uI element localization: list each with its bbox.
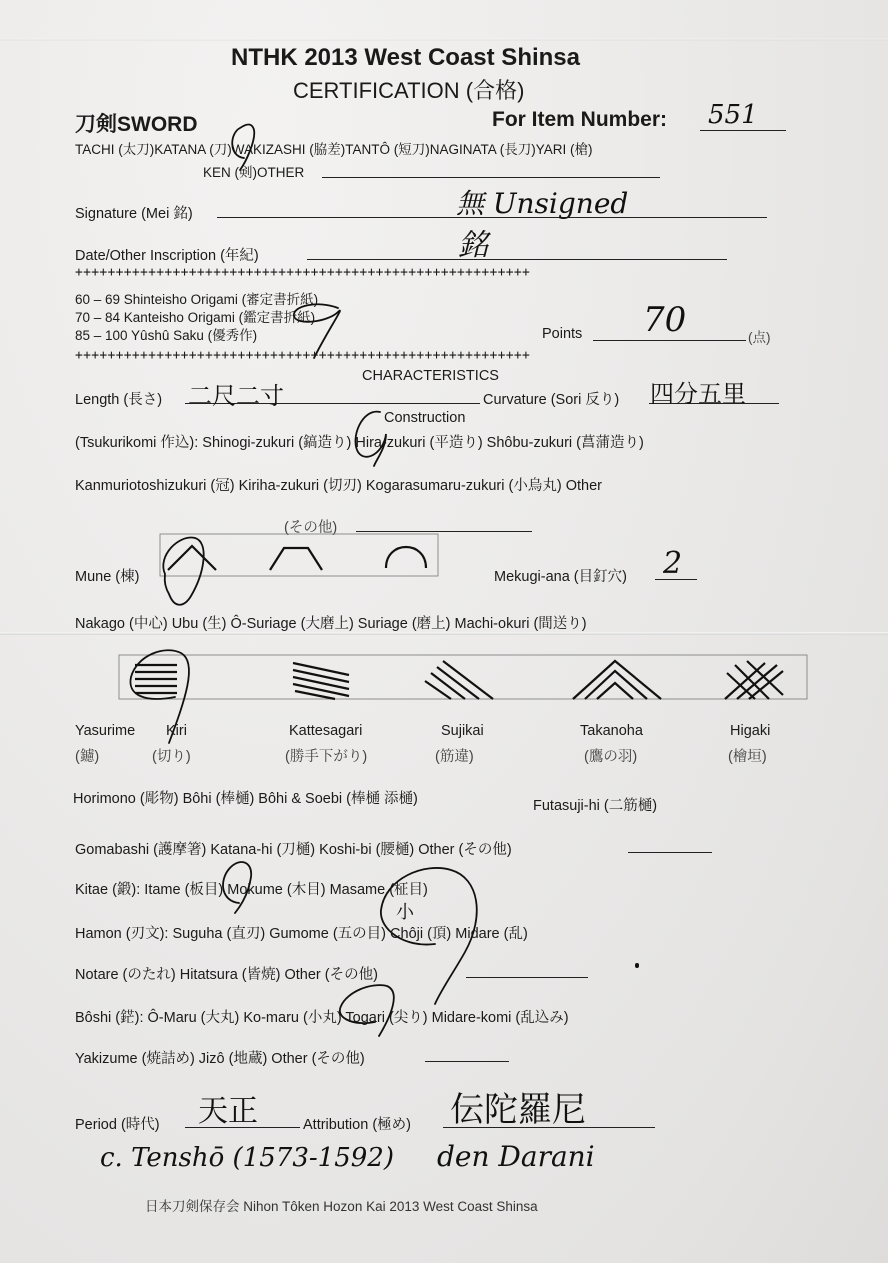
grade-yushu: 85 – 100 Yûshû Saku (優秀作) — [75, 324, 257, 344]
points-value[interactable]: 70 — [643, 300, 686, 340]
yasurime-diagrams — [115, 655, 815, 705]
points-line — [593, 340, 746, 341]
yasurime-sujikai-icon — [425, 661, 493, 699]
mune-mitsu-icon — [270, 548, 322, 570]
grade-shinteisho: 60 – 69 Shinteisho Origami (審定書折紙) — [75, 288, 318, 308]
signature-value[interactable]: 無 Unsigned — [456, 182, 628, 222]
circle-mark-katana — [224, 118, 274, 168]
grade-kanteisho: 70 – 84 Kanteisho Origami (鑑定書折紙) — [75, 306, 315, 326]
divider-plus-row: ++++++++++++++++++++++++++++++++++++++++… — [75, 265, 530, 280]
signature-label: Signature (Mei 銘) — [75, 202, 193, 223]
yasurime-sujikai-jp: (筋違) — [435, 745, 474, 766]
futasuji-option: Futasuji-hi (二筋樋) — [533, 794, 657, 815]
inscription-value[interactable]: 銘 — [458, 220, 488, 264]
length-value[interactable]: 二尺二寸 — [188, 376, 284, 411]
yakizume-options: Yakizume (焼詰め) Jizô (地蔵) Other (その他) — [75, 1047, 365, 1068]
mekugi-label: Mekugi-ana (目釘穴) — [494, 565, 627, 586]
attribution-value[interactable]: 伝陀羅尼 — [450, 1082, 586, 1131]
curvature-label: Curvature (Sori 反り) — [483, 388, 619, 409]
kanmuri-options: Kanmuriotoshizukuri (冠) Kiriha-zukuri (切… — [75, 474, 602, 495]
mune-label: Mune (棟) — [75, 565, 139, 586]
circle-mark-komaru — [335, 980, 405, 1040]
gomabashi-options: Gomabashi (護摩箸) Katana-hi (刀樋) Koshi-bi … — [75, 838, 512, 859]
footer-text: 日本刀剣保存会 Nihon Tôken Hozon Kai 2013 West … — [145, 1195, 538, 1215]
paper-crease — [0, 38, 888, 41]
length-label: Length (長さ) — [75, 388, 162, 409]
attribution-label: Attribution (極め) — [303, 1113, 411, 1134]
page-title: NTHK 2013 West Coast Shinsa — [231, 44, 580, 72]
yasurime-takanoha[interactable]: Takanoha — [580, 723, 643, 739]
curvature-value[interactable]: 四分五里 — [650, 374, 746, 409]
divider-plus-row: ++++++++++++++++++++++++++++++++++++++++… — [75, 348, 530, 363]
ink-dot — [635, 963, 639, 968]
item-number-value[interactable]: 551 — [708, 100, 758, 130]
yasurime-sujikai[interactable]: Sujikai — [441, 723, 484, 739]
other-type-line — [322, 177, 660, 178]
yasurime-higaki-icon — [725, 661, 783, 699]
yasurime-takanoha-icon — [573, 661, 661, 699]
mekugi-value[interactable]: 2 — [663, 546, 682, 581]
yasurime-label: Yasurime — [75, 723, 135, 739]
nakago-options: Nakago (中心) Ubu (生) Ô-Suriage (大磨上) Suri… — [75, 612, 587, 633]
inscription-label: Date/Other Inscription (年紀) — [75, 244, 259, 265]
page-subtitle: CERTIFICATION (合格) — [293, 74, 524, 105]
yasurime-kattesagari-jp: (勝手下がり) — [285, 745, 367, 766]
inscription-line — [307, 259, 727, 260]
sword-label: 刀剣SWORD — [75, 108, 198, 138]
boshi-other-line — [425, 1061, 509, 1062]
hamon-other-line — [466, 977, 588, 978]
circle-mark-mune — [155, 532, 225, 602]
hamon-options: Hamon (刃文): Suguha (直刃) Gumome (五の目) Chô… — [75, 922, 528, 943]
period-label: Period (時代) — [75, 1113, 160, 1134]
characteristics-heading: CHARACTERISTICS — [362, 368, 499, 384]
notare-options: Notare (のたれ) Hitatsura (皆焼) Other (その他) — [75, 963, 378, 984]
circle-mark-shinogi — [350, 408, 400, 468]
yasurime-kiri[interactable]: Kiri — [166, 723, 187, 739]
yasurime-higaki-jp: (檜垣) — [728, 745, 767, 766]
points-label: Points — [542, 326, 582, 342]
other-construction-line — [356, 531, 532, 532]
circle-mark-itame — [215, 855, 275, 915]
attribution-note: den Darani — [437, 1140, 595, 1173]
circle-mark-kiri — [125, 645, 205, 745]
yasurime-higaki[interactable]: Higaki — [730, 723, 770, 739]
yasurime-takanoha-jp: (鷹の羽) — [584, 745, 637, 766]
horimono-other-line — [628, 852, 712, 853]
boshi-options: Bôshi (鋩): Ô-Maru (大丸) Ko-maru (小丸) Toga… — [75, 1006, 569, 1027]
sword-types: TACHI (太刀)KATANA (刀)WAKIZASHI (脇差)TANTÔ … — [75, 138, 592, 158]
item-number-line — [700, 130, 786, 131]
item-number-label: For Item Number: — [492, 108, 667, 132]
mune-maru-icon — [386, 547, 426, 568]
yasurime-kiri-jp: (切り) — [152, 745, 191, 766]
points-suffix: (点) — [748, 326, 771, 346]
period-note: c. Tenshō (1573-1592) — [100, 1143, 394, 1173]
period-value[interactable]: 天正 — [198, 1086, 258, 1130]
horimono-options: Horimono (彫物) Bôhi (棒樋) Bôhi & Soebi (棒樋… — [73, 787, 418, 808]
yasurime-kattesagari-icon — [293, 663, 349, 699]
yasurime-jp: (鑢) — [75, 745, 99, 766]
yasurime-kattesagari[interactable]: Kattesagari — [289, 723, 362, 739]
hamon-note: 小 — [396, 898, 414, 924]
